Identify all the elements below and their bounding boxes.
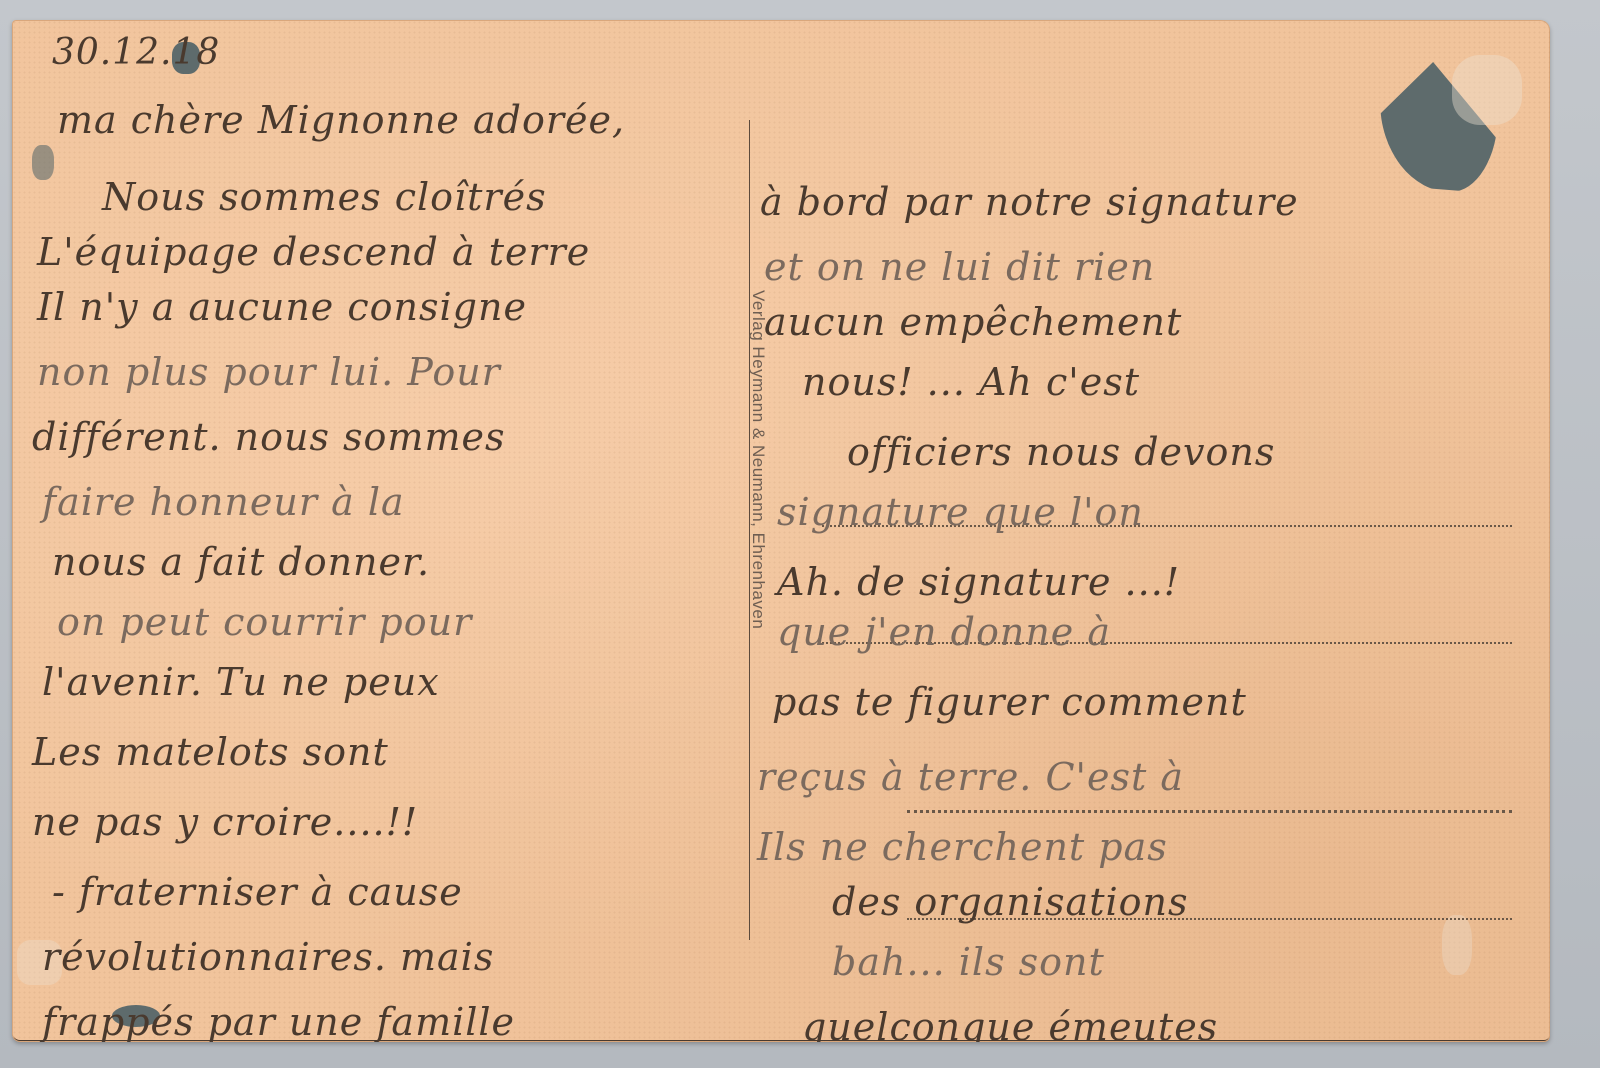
left-line-9: l'avenir. Tu ne peux: [42, 660, 440, 704]
left-line-1: Nous sommes cloîtrés: [102, 175, 547, 219]
right-line-14: quelconque émeutes: [802, 1005, 1218, 1042]
postcard-back: Verlag Heymann & Neumann, Ehrenhaven 30.…: [12, 20, 1550, 1042]
left-line-12: - fraterniser à cause: [52, 870, 463, 914]
right-line-9: pas te figurer comment: [772, 680, 1247, 724]
paper-wear-top-right: [1452, 55, 1522, 125]
right-line-6: signature que l'on: [777, 490, 1144, 534]
left-line-10: Les matelots sont: [32, 730, 389, 774]
right-line-13: bah... ils sont: [832, 940, 1105, 984]
right-line-7: Ah. de signature ...!: [777, 560, 1180, 604]
left-line-3: Il n'y a aucune consigne: [37, 285, 527, 329]
right-line-12: des organisations: [832, 880, 1188, 924]
right-line-4: nous! ... Ah c'est: [802, 360, 1140, 404]
date: 30.12.18: [52, 32, 220, 73]
left-line-5: différent. nous sommes: [32, 415, 506, 459]
left-line-14: frappés par une famille: [42, 1000, 515, 1042]
left-line-6: faire honneur à la: [42, 480, 405, 524]
right-line-2: et on ne lui dit rien: [764, 245, 1155, 289]
right-line-11: Ils ne cherchent pas: [757, 825, 1168, 869]
left-line-11: ne pas y croire....!!: [32, 800, 418, 844]
paper-wear-bottom-right: [1442, 915, 1472, 975]
salutation: ma chère Mignonne adorée,: [57, 98, 625, 142]
left-line-2: L'équipage descend à terre: [37, 230, 590, 274]
ink-stain-left: [32, 145, 54, 180]
left-line-7: nous a fait donner.: [52, 540, 430, 584]
address-line-3: [907, 810, 1512, 813]
left-line-13: révolutionnaires. mais: [42, 935, 494, 979]
right-line-3: aucun empêchement: [764, 300, 1182, 344]
left-line-4: non plus pour lui. Pour: [37, 350, 501, 394]
right-line-8: que j'en donne à: [777, 610, 1111, 654]
left-line-8: on peut courrir pour: [57, 600, 472, 644]
right-line-5: officiers nous devons: [847, 430, 1275, 474]
right-line-1: à bord par notre signature: [760, 180, 1299, 224]
right-line-10: reçus à terre. C'est à: [757, 755, 1184, 799]
